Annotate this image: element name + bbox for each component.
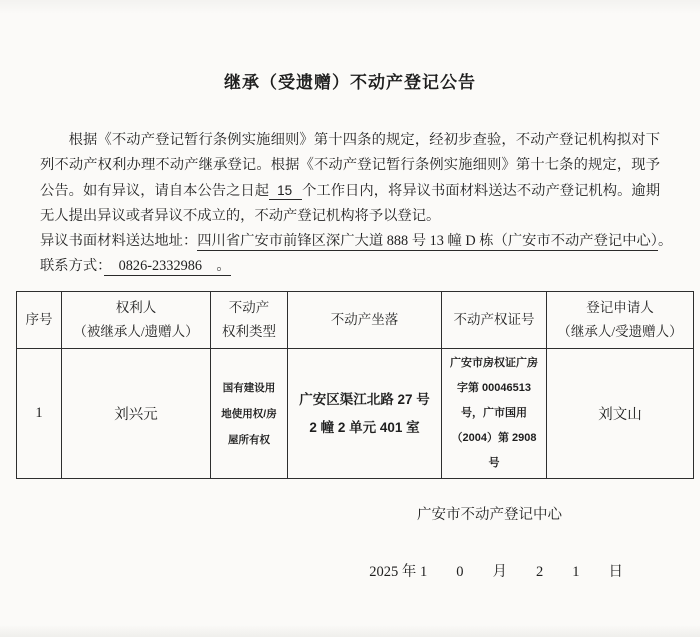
announcement-body: 根据《不动产登记暂行条例实施细则》第十四条的规定，经初步查验，不动产登记机构拟对… xyxy=(40,128,660,279)
address-value: 四川省广安市前锋区深广大道 888 号 13 幢 D 栋（广安市不动产登记中心） xyxy=(197,233,658,251)
contact-label: 联系方式： xyxy=(40,258,104,274)
cell-location: 广安区渠江北路 27 号 2 幢 2 单元 401 室 xyxy=(288,349,442,479)
header-cert-number: 不动产权证号 xyxy=(442,292,547,349)
cell-right-type: 国有建设用地使用权/房屋所有权 xyxy=(211,349,288,479)
objection-days-value: 15 xyxy=(269,183,302,200)
address-period: 。 xyxy=(658,233,672,249)
address-label: 异议书面材料送达地址： xyxy=(40,233,197,249)
contact-line: 联系方式： 0826-2332986 。 xyxy=(40,254,660,279)
table-row: 1 刘兴元 国有建设用地使用权/房屋所有权 广安区渠江北路 27 号 2 幢 2… xyxy=(17,349,694,479)
cell-right-holder: 刘兴元 xyxy=(62,349,211,479)
table-header-row: 序号 权利人 （被继承人/遗赠人） 不动产 权利类型 不动产坐落 不动产权证号 … xyxy=(17,292,694,349)
page-title: 继承（受遗赠）不动产登记公告 xyxy=(0,0,700,95)
cell-seq: 1 xyxy=(17,349,62,479)
cell-cert-number: 广安市房权证广房字第 00046513 号，广市国用（2004）第 2908 号 xyxy=(442,349,547,479)
table-body: 1 刘兴元 国有建设用地使用权/房屋所有权 广安区渠江北路 27 号 2 幢 2… xyxy=(17,349,694,479)
issuing-organization: 广安市不动产登记中心 xyxy=(0,505,700,525)
header-right-holder: 权利人 （被继承人/遗赠人） xyxy=(62,292,211,349)
cell-applicant: 刘文山 xyxy=(547,349,694,479)
address-line: 异议书面材料送达地址：四川省广安市前锋区深广大道 888 号 13 幢 D 栋（… xyxy=(40,229,660,254)
header-right-type: 不动产 权利类型 xyxy=(211,292,288,349)
announcement-document: 继承（受遗赠）不动产登记公告 根据《不动产登记暂行条例实施细则》第十四条的规定，… xyxy=(0,0,700,637)
table-header: 序号 权利人 （被继承人/遗赠人） 不动产 权利类型 不动产坐落 不动产权证号 … xyxy=(17,292,694,349)
header-seq: 序号 xyxy=(17,292,62,349)
main-paragraph: 根据《不动产登记暂行条例实施细则》第十四条的规定，经初步查验，不动产登记机构拟对… xyxy=(40,128,660,229)
registration-table: 序号 权利人 （被继承人/遗赠人） 不动产 权利类型 不动产坐落 不动产权证号 … xyxy=(16,291,694,479)
header-location: 不动产坐落 xyxy=(288,292,442,349)
header-applicant: 登记申请人 （继承人/受遗赠人） xyxy=(547,292,694,349)
issue-date: 2025 年 1 0 月 2 1 日 xyxy=(0,562,700,582)
contact-phone-value: 0826-2332986 。 xyxy=(104,258,230,276)
